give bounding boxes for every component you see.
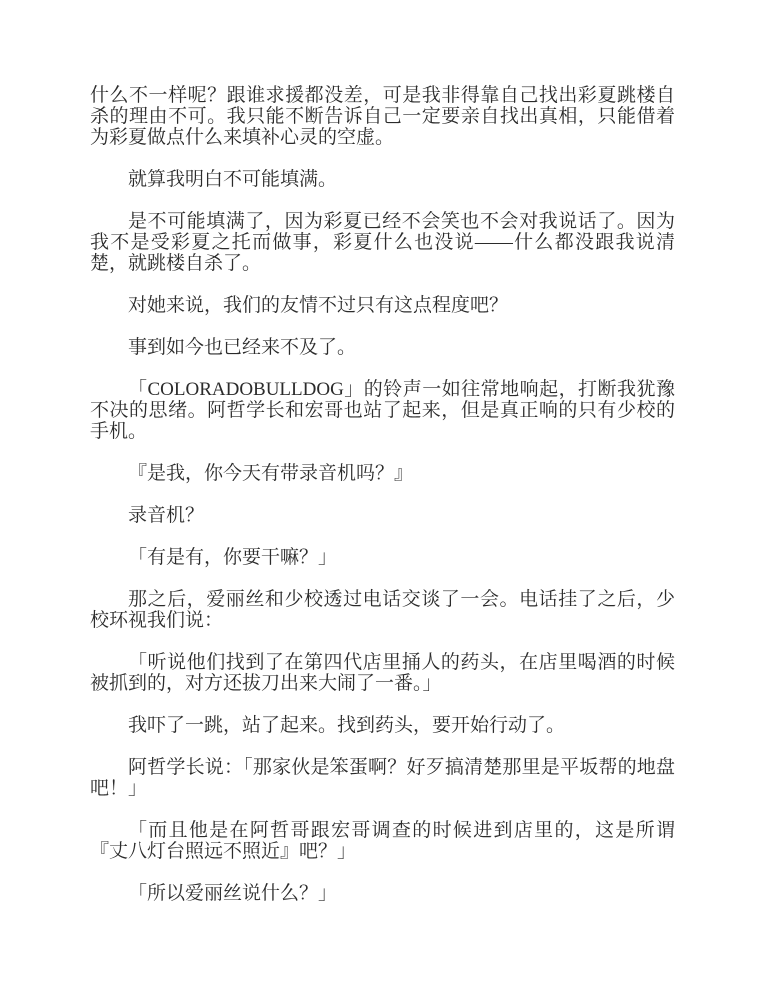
paragraph: 什么不一样呢？跟谁求援都没差，可是我非得靠自己找出彩夏跳楼自杀的理由不可。我只能…	[90, 85, 675, 148]
paragraph: 就算我明白不可能填满。	[90, 169, 675, 190]
paragraph: 我吓了一跳，站了起来。找到药头，要开始行动了。	[90, 715, 675, 736]
paragraph: 录音机？	[90, 505, 675, 526]
paragraph: 「听说他们找到了在第四代店里捅人的药头，在店里喝酒的时候被抓到的，对方还拔刀出来…	[90, 652, 675, 694]
paragraph: 阿哲学长说：「那家伙是笨蛋啊？好歹搞清楚那里是平坂帮的地盘吧！」	[90, 757, 675, 799]
paragraph: 「有是有，你要干嘛？」	[90, 547, 675, 568]
paragraph: 那之后，爱丽丝和少校透过电话交谈了一会。电话挂了之后，少校环视我们说：	[90, 589, 675, 631]
paragraph: 是不可能填满了，因为彩夏已经不会笑也不会对我说话了。因为我不是受彩夏之托而做事，…	[90, 211, 675, 274]
paragraph: 事到如今也已经来不及了。	[90, 337, 675, 358]
paragraph: 『是我，你今天有带录音机吗？』	[90, 463, 675, 484]
paragraph: 「COLORADOBULLDOG」的铃声一如往常地响起，打断我犹豫不决的思绪。阿…	[90, 379, 675, 442]
book-page: 什么不一样呢？跟谁求援都没差，可是我非得靠自己找出彩夏跳楼自杀的理由不可。我只能…	[0, 0, 765, 990]
paragraph: 「而且他是在阿哲哥跟宏哥调查的时候进到店里的，这是所谓『丈八灯台照远不照近』吧？…	[90, 820, 675, 862]
paragraph: 「所以爱丽丝说什么？」	[90, 883, 675, 904]
paragraph: 对她来说，我们的友情不过只有这点程度吧？	[90, 295, 675, 316]
